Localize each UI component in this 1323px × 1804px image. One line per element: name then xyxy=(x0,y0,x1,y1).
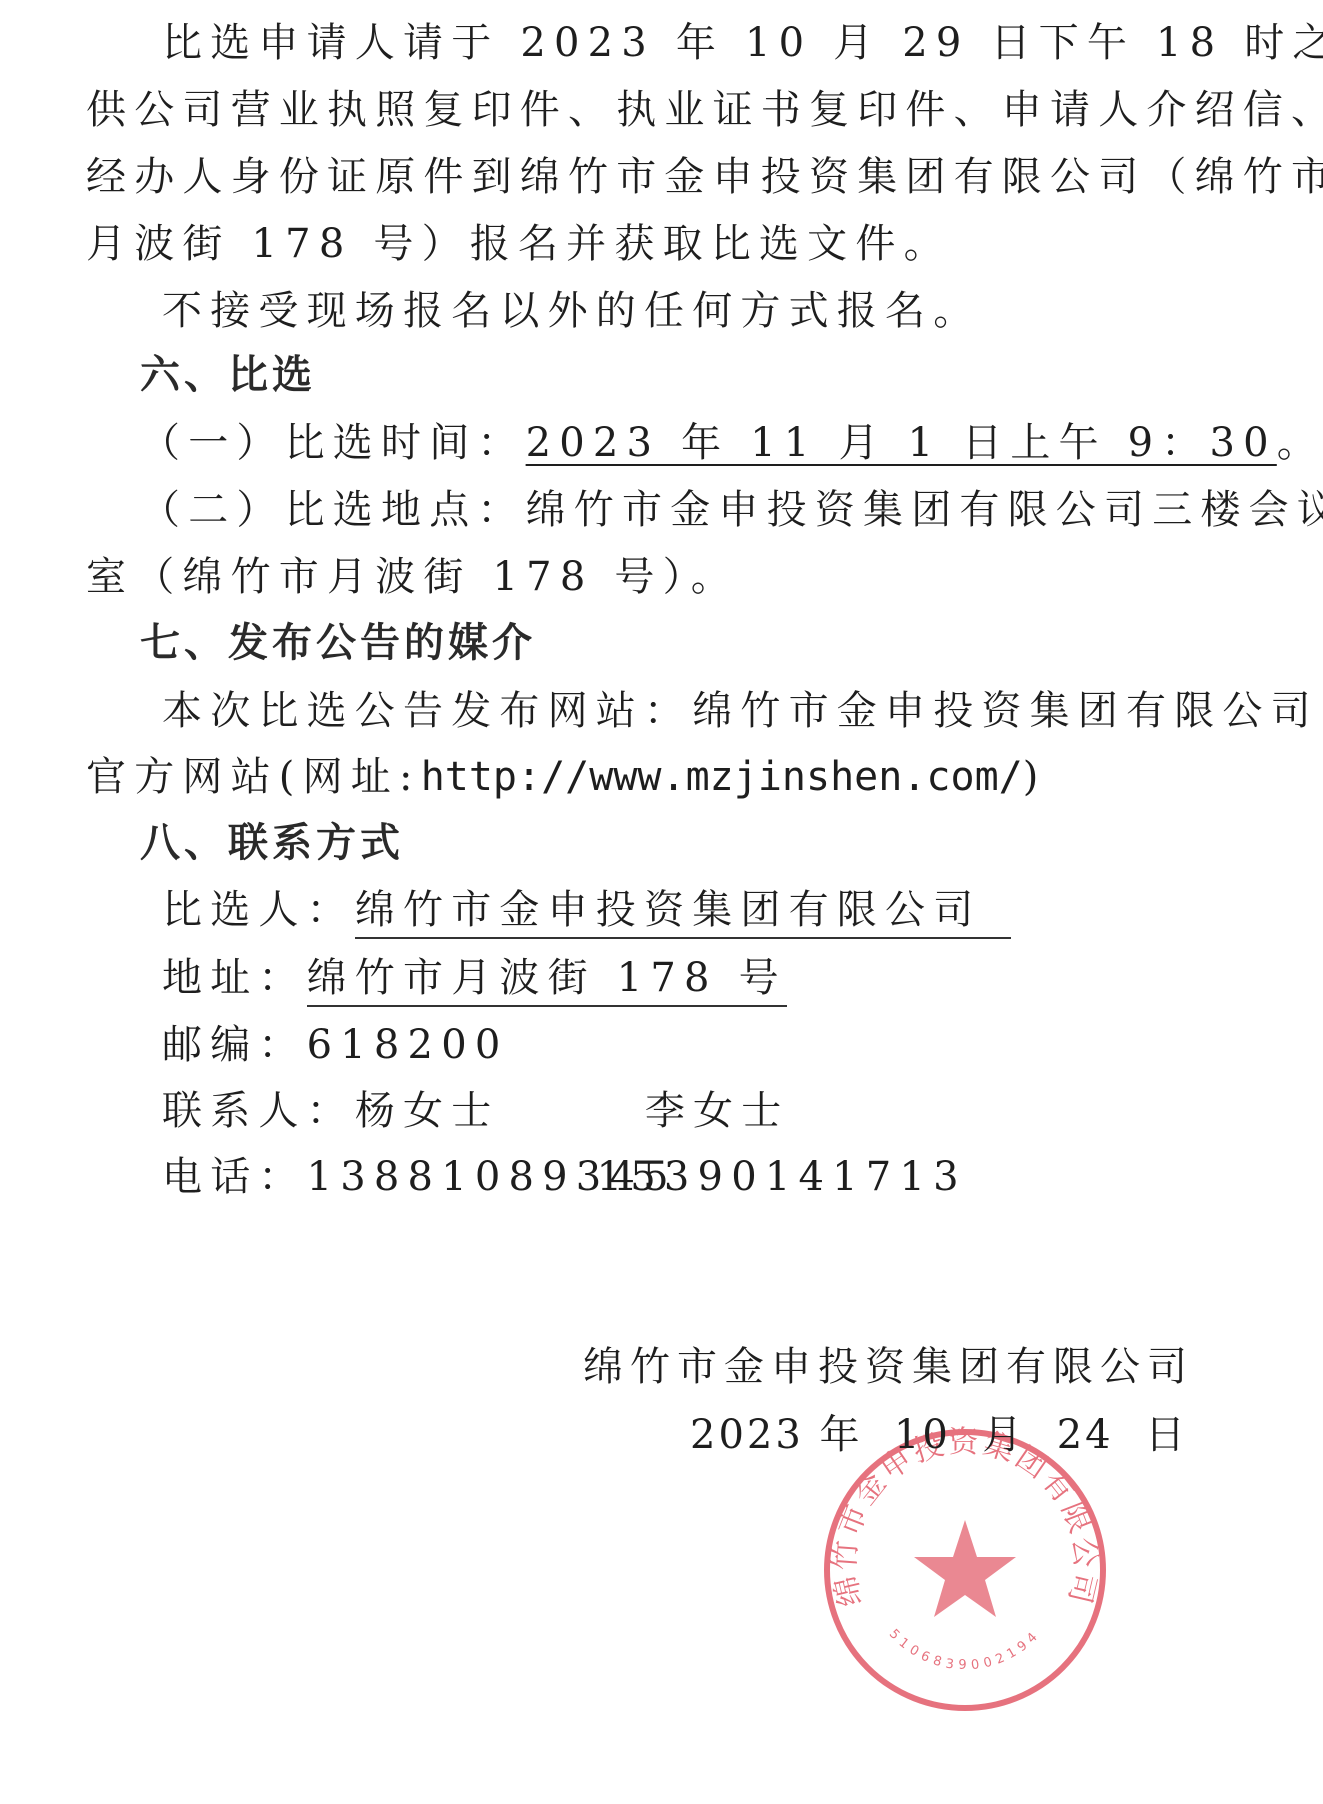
publication-prefix: 官方网站(网址: xyxy=(86,754,421,800)
selection-place-value: 绵竹市金申投资集团有限公司三楼会议 xyxy=(526,487,1323,533)
phone-number-2[interactable]: 15390141713 xyxy=(597,1154,967,1200)
seal-code: 5106839002194 xyxy=(886,1627,1044,1674)
phone-label: 电话： xyxy=(162,1154,307,1200)
postcode-row: 邮编：618200 xyxy=(162,1020,509,1070)
phone-number-1[interactable]: 13881089345 xyxy=(307,1152,597,1202)
postcode-label: 邮编： xyxy=(162,1022,307,1068)
selection-place: （二）比选地点：绵竹市金申投资集团有限公司三楼会议 xyxy=(140,485,1323,535)
selection-place-line-2: 室（绵竹市月波街 178 号）。 xyxy=(86,552,739,602)
contact-label: 联系人： xyxy=(162,1088,355,1134)
paragraph-registration-line-2: 供公司营业执照复印件、执业证书复印件、申请人介绍信、 xyxy=(86,85,1323,135)
contact-name-1: 杨女士 xyxy=(355,1086,645,1136)
address-label: 地址： xyxy=(162,955,307,1001)
section-7-heading: 七、发布公告的媒介 xyxy=(140,618,536,668)
phone-row: 电话：1388108934515390141713 xyxy=(162,1152,967,1202)
selection-time-label: （一）比选时间： xyxy=(140,420,526,466)
paragraph-no-other-registration: 不接受现场报名以外的任何方式报名。 xyxy=(162,286,981,336)
selection-time-value: 2023 年 11 月 1 日上午 9：30 xyxy=(526,420,1277,466)
paragraph-registration-line-1: 比选申请人请于 2023 年 10 月 29 日下午 18 时之前，提 xyxy=(162,18,1323,68)
selector-label: 比选人： xyxy=(162,887,355,933)
publication-line-2: 官方网站(网址:http://www.mzjinshen.com/) xyxy=(86,752,1047,802)
svg-text:5106839002194: 5106839002194 xyxy=(886,1627,1044,1674)
contact-row: 联系人：杨女士李女士 xyxy=(162,1086,789,1136)
section-6-heading: 六、比选 xyxy=(140,350,316,400)
selection-place-label: （二）比选地点： xyxy=(140,487,526,533)
signature-company: 绵竹市金申投资集团有限公司 xyxy=(583,1342,1194,1392)
section-8-heading: 八、联系方式 xyxy=(140,818,404,868)
contact-name-2: 李女士 xyxy=(645,1088,790,1134)
company-seal-icon: 绵竹市金申投资集团有限公司 5106839002194 xyxy=(820,1425,1110,1715)
selector-value: 绵竹市金申投资集团有限公司 xyxy=(355,885,1012,939)
paragraph-registration-line-4: 月波街 178 号）报名并获取比选文件。 xyxy=(86,219,952,269)
selection-time: （一）比选时间：2023 年 11 月 1 日上午 9：30。 xyxy=(140,418,1323,468)
selector-row: 比选人：绵竹市金申投资集团有限公司 xyxy=(162,885,1011,939)
address-value: 绵竹市月波街 178 号 xyxy=(307,953,787,1007)
postcode-value: 618200 xyxy=(307,1022,509,1068)
signature-date: 2023 年 10 月 24 日 xyxy=(690,1410,1188,1460)
website-link[interactable]: http://www.mzjinshen.com/ xyxy=(421,754,1023,800)
selection-time-suffix: 。 xyxy=(1277,420,1323,466)
publication-suffix: ) xyxy=(1023,754,1047,800)
publication-line-1: 本次比选公告发布网站：绵竹市金申投资集团有限公司 xyxy=(162,686,1319,736)
paragraph-registration-line-3: 经办人身份证原件到绵竹市金申投资集团有限公司（绵竹市 xyxy=(86,152,1323,202)
address-row: 地址：绵竹市月波街 178 号 xyxy=(162,953,787,1007)
